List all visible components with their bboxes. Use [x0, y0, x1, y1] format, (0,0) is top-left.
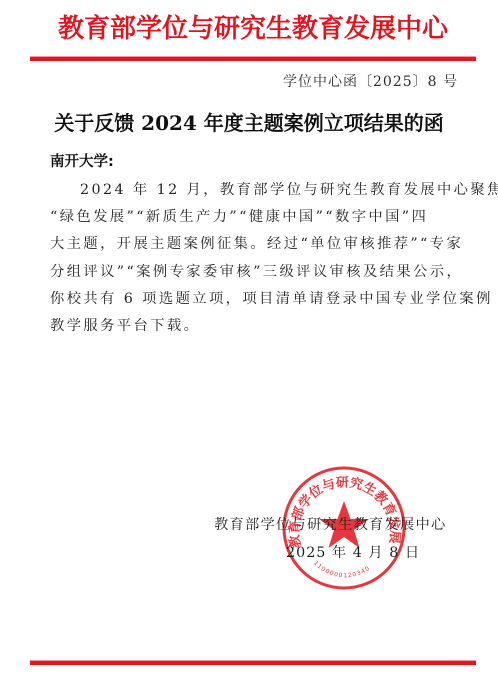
body-line: “绿色发展”“新质生产力”“健康中国”“数字中国”四 [50, 204, 458, 231]
body-line: 大主题，开展主题案例征集。经过“单位审核推荐”“专家 [50, 231, 458, 258]
document-number: 学位中心函〔2025〕8 号 [283, 71, 458, 91]
document-title: 关于反馈 2024 年度主题案例立项结果的函 [0, 107, 498, 136]
footer-red-rule [30, 661, 476, 665]
body-line: 你校共有 6 项选题立项，项目清单请登录中国专业学位案例 [50, 286, 458, 313]
letter-body: 2024 年 12 月，教育部学位与研究生教育发展中心聚焦 “绿色发展”“新质生… [50, 177, 458, 340]
header-red-rule [30, 57, 476, 61]
body-line: 2024 年 12 月，教育部学位与研究生教育发展中心聚焦 [50, 177, 458, 204]
signature-organization: 教育部学位与研究生教育发展中心 [214, 514, 446, 534]
seal-code: 1100000120340 [312, 560, 372, 580]
recipient: 南开大学: [50, 150, 114, 171]
issue-date: 2025 年 4 月 8 日 [286, 542, 420, 562]
body-line: 分组评议”“案例专家委审核”三级评议审核及结果公示， [50, 259, 458, 286]
body-line: 教学服务平台下载。 [50, 313, 458, 340]
issuing-organization-masthead: 教育部学位与研究生教育发展中心 [30, 12, 476, 46]
